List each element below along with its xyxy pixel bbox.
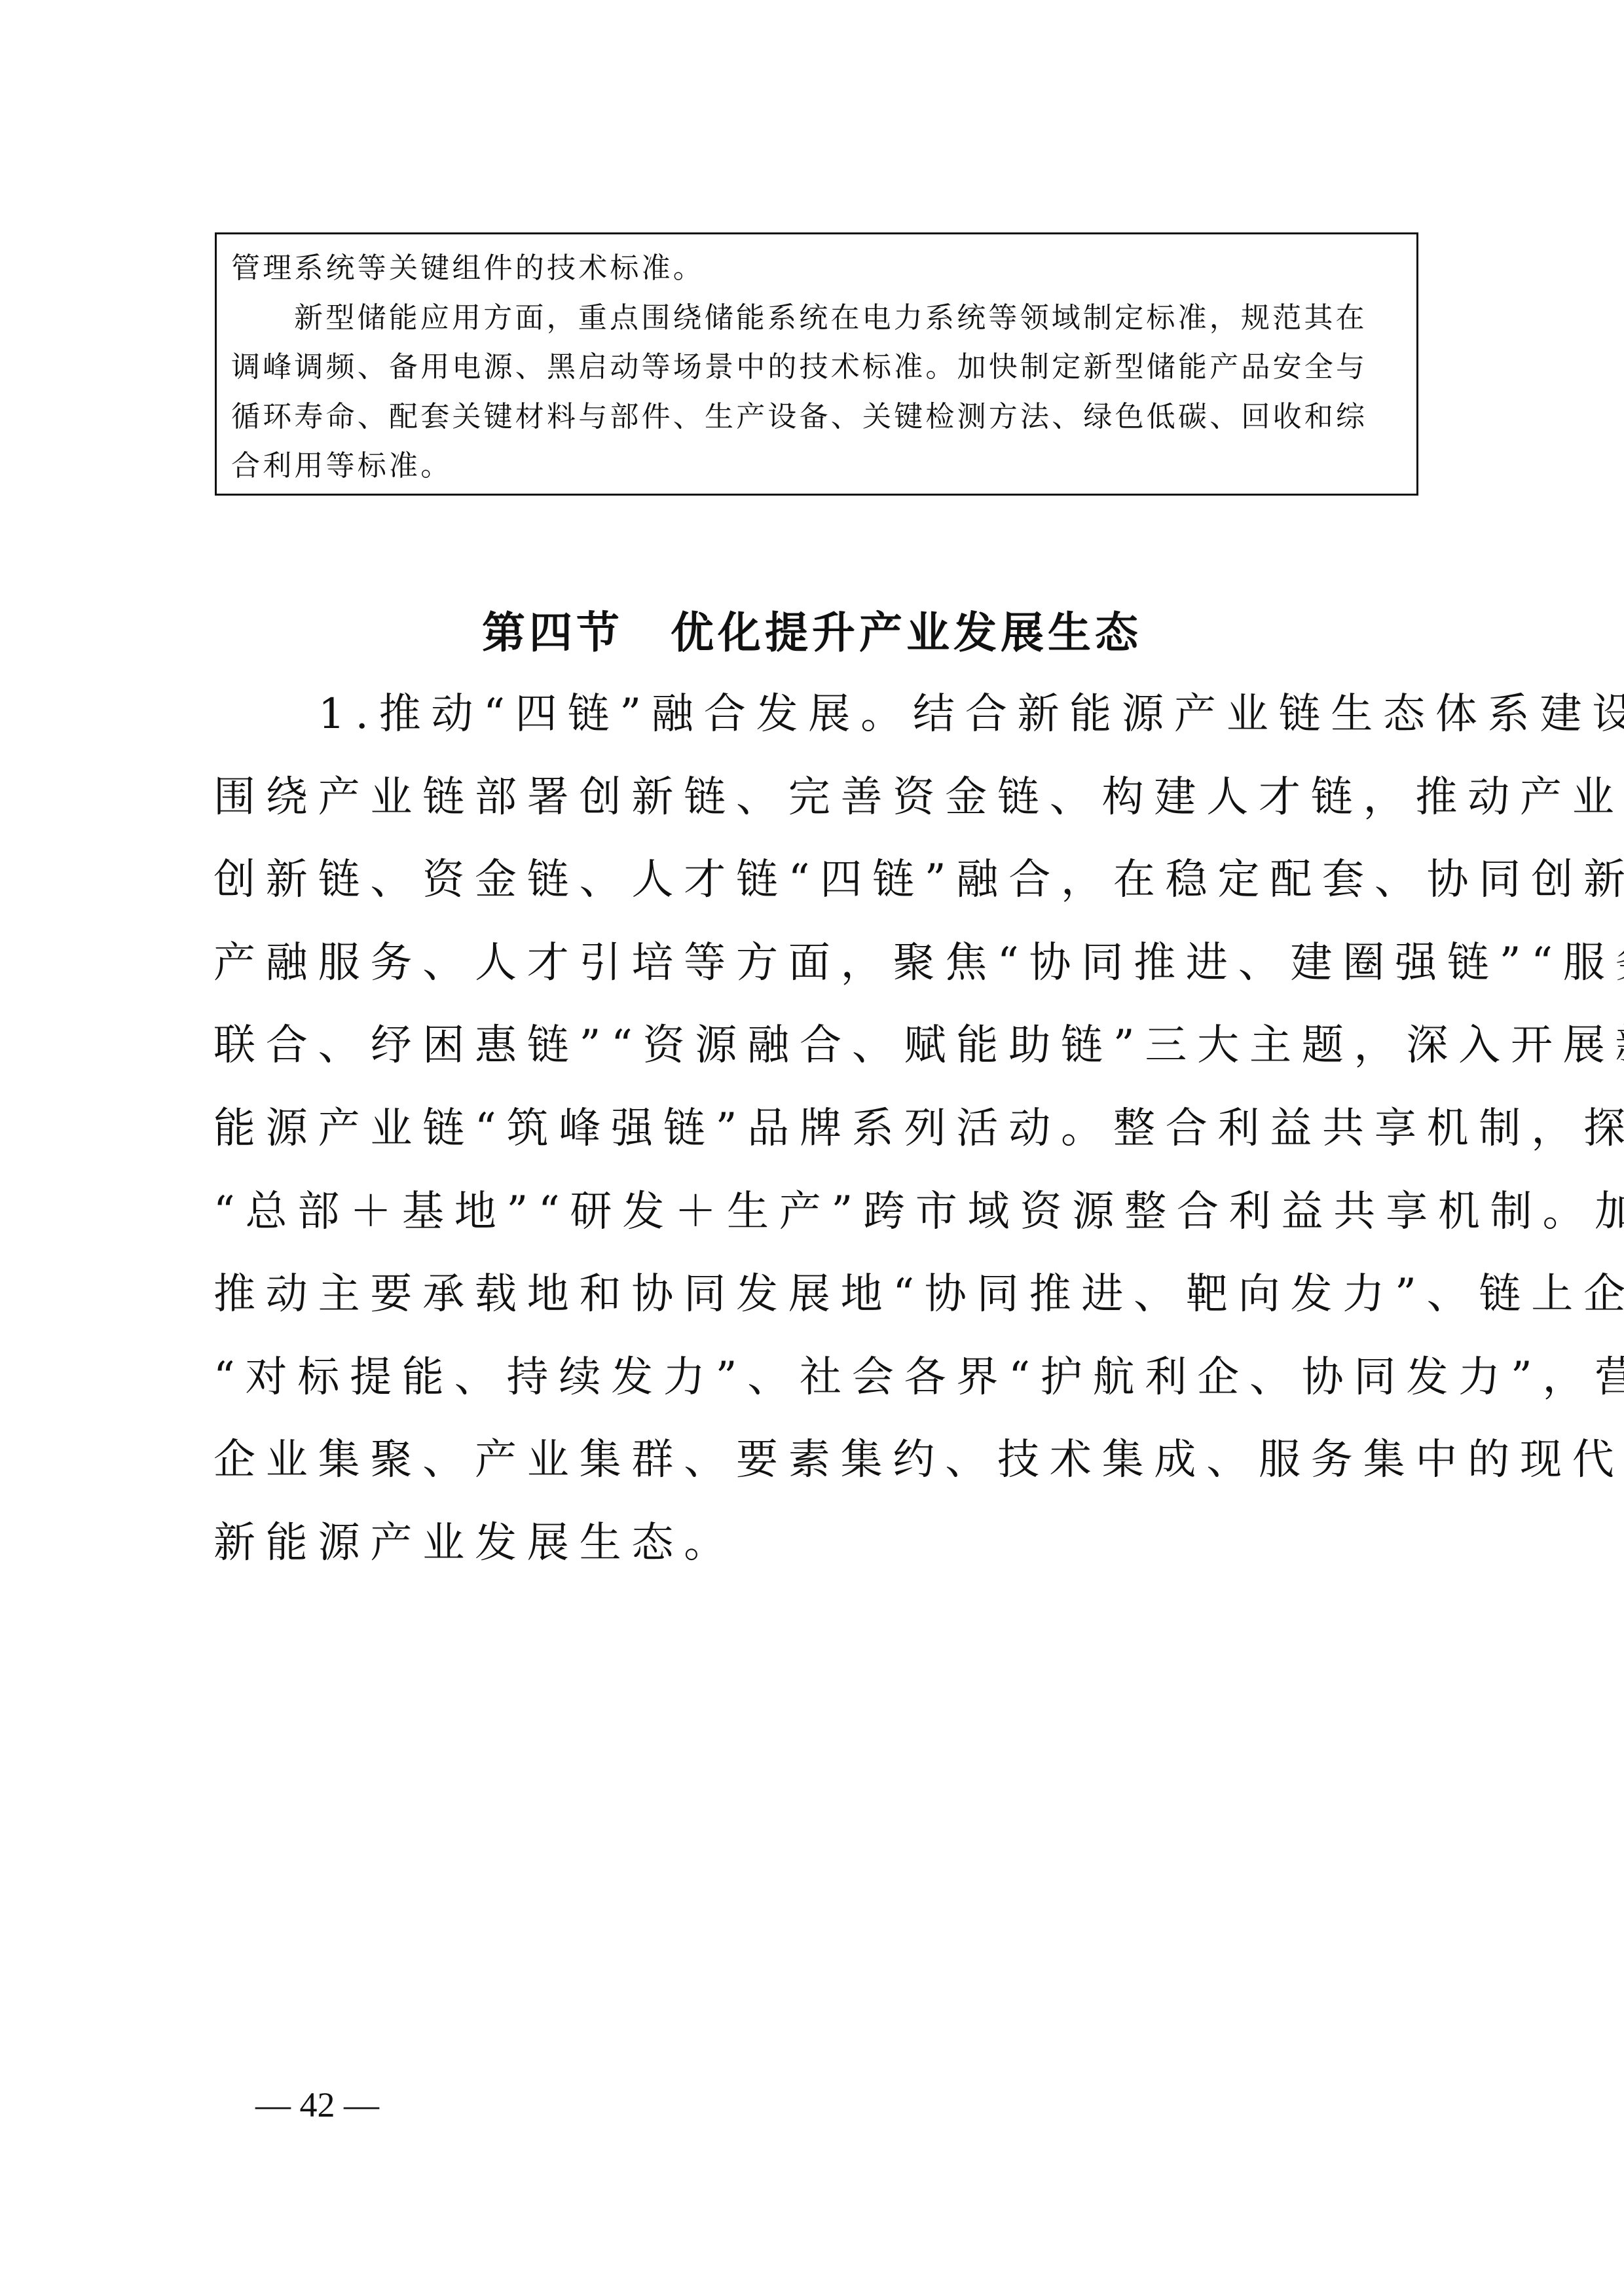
box-line: 管理系统等关键组件的技术标准。 (231, 244, 1416, 293)
section-heading: 第四节 优化提升产业发展生态 (0, 604, 1624, 663)
paragraph-line: 联合、纾困惠链”“资源融合、赋能助链”三大主题，深入开展新 (213, 1004, 1431, 1087)
paragraph-line: 创新链、资金链、人才链“四链”融合，在稳定配套、协同创新、 (213, 839, 1431, 922)
box-line: 合利用等标准。 (231, 441, 1416, 491)
page-number: — 42 — (255, 2082, 379, 2128)
paragraph-line: “对标提能、持续发力”、社会各界“护航利企、协同发力”，营造 (213, 1336, 1431, 1419)
paragraph-line: 企业集聚、产业集群、要素集约、技术集成、服务集中的现代化 (213, 1419, 1431, 1502)
paragraph-line: 围绕产业链部署创新链、完善资金链、构建人才链，推动产业链、 (213, 756, 1431, 839)
paragraph-line: 能源产业链“筑峰强链”品牌系列活动。整合利益共享机制，探索 (213, 1087, 1431, 1171)
standards-text-box: 管理系统等关键组件的技术标准。 新型储能应用方面，重点围绕储能系统在电力系统等领… (215, 232, 1418, 496)
box-line: 调峰调频、备用电源、黑启动等场景中的技术标准。加快制定新型储能产品安全与 (231, 342, 1416, 392)
box-line: 新型储能应用方面，重点围绕储能系统在电力系统等领域制定标准，规范其在 (231, 293, 1416, 343)
paragraph-line: 推动主要承载地和协同发展地“协同推进、靶向发力”、链上企业 (213, 1253, 1431, 1336)
paragraph-line: 产融服务、人才引培等方面，聚焦“协同推进、建圈强链”“服务 (213, 922, 1431, 1005)
box-line: 循环寿命、配套关键材料与部件、生产设备、关键检测方法、绿色低碳、回收和综 (231, 392, 1416, 442)
paragraph-line: 新能源产业发展生态。 (213, 1502, 1431, 1585)
document-page: 管理系统等关键组件的技术标准。 新型储能应用方面，重点围绕储能系统在电力系统等领… (0, 0, 1624, 2296)
paragraph-line: 1.推动“四链”融合发展。结合新能源产业链生态体系建设， (213, 673, 1431, 756)
paragraph-line: “总部＋基地”“研发＋生产”跨市域资源整合利益共享机制。加快 (213, 1171, 1431, 1254)
body-paragraph: 1.推动“四链”融合发展。结合新能源产业链生态体系建设， 围绕产业链部署创新链、… (213, 673, 1431, 1585)
